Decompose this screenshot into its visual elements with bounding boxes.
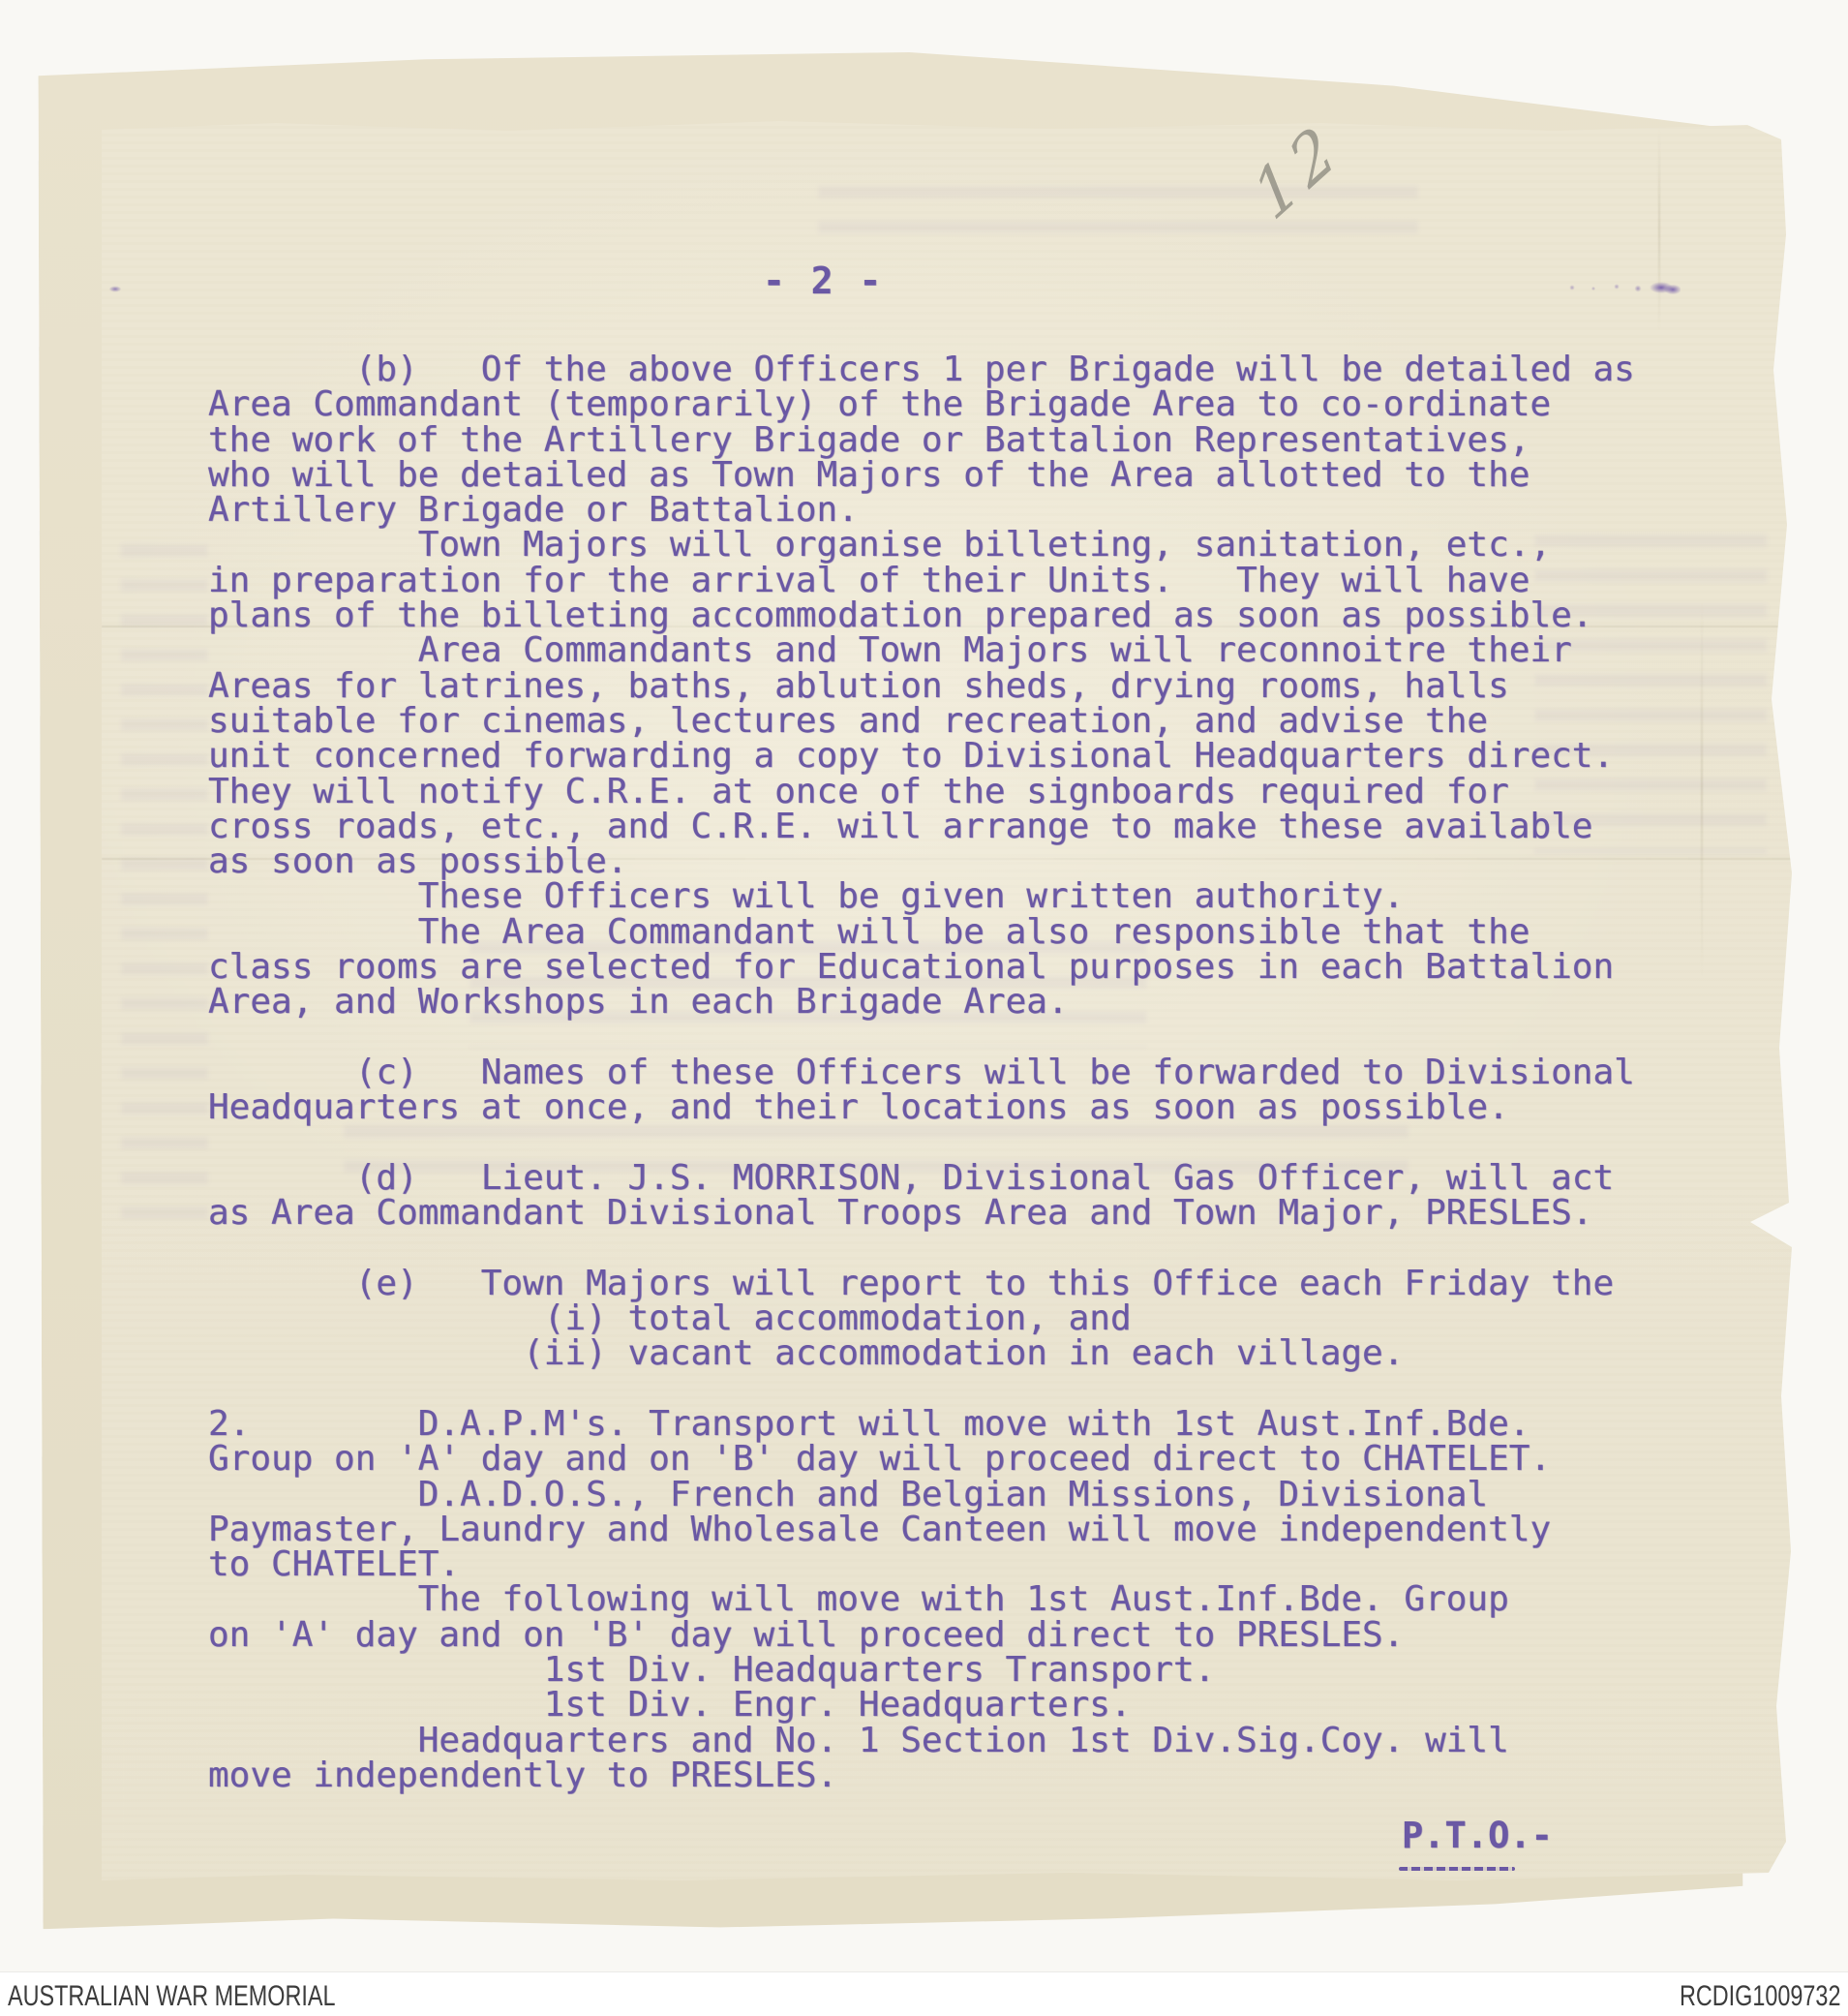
pto-note: P.T.O.- — [1402, 1815, 1553, 1860]
ink-smudge — [1566, 279, 1681, 296]
fold-crease — [1658, 128, 1660, 331]
bleedthrough-ghost-text — [818, 186, 1418, 256]
ink-smudge — [107, 285, 123, 293]
typed-body-text: (b) Of the above Officers 1 per Brigade … — [208, 352, 1635, 1793]
footer-id: RCDIG1009732 — [1679, 1980, 1840, 2013]
document-scan: 12 - 2 - (b) Of the above Officers 1 per… — [0, 0, 1848, 2016]
catalog-footer: AUSTRALIAN WAR MEMORIAL RCDIG1009732 — [0, 1971, 1848, 2016]
fold-crease — [1701, 600, 1703, 978]
bleedthrough-ghost-text — [121, 544, 208, 1222]
typed-page: 12 - 2 - (b) Of the above Officers 1 per… — [102, 118, 1794, 1882]
page-number: - 2 - — [763, 260, 883, 302]
footer-institution: AUSTRALIAN WAR MEMORIAL — [8, 1980, 335, 2013]
pto-underline — [1399, 1867, 1515, 1871]
